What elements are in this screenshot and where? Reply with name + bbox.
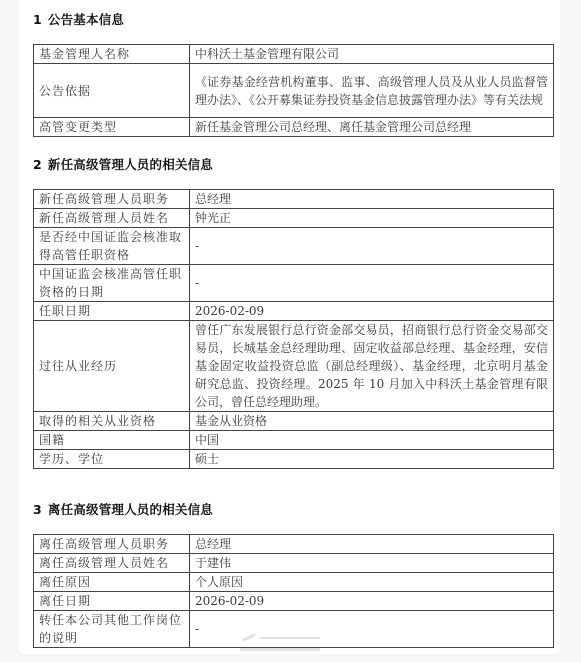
row-value: 个人原因	[190, 573, 554, 592]
row-value: -	[190, 265, 554, 302]
row-label: 离任高级管理人员职务	[34, 535, 190, 554]
watermark-stroke	[260, 637, 320, 639]
table-row: 国籍 中国	[34, 431, 554, 450]
table-row: 高管变更类型 新任基金管理公司总经理、离任基金管理公司总经理	[34, 118, 554, 137]
row-label: 基金管理人名称	[34, 45, 190, 64]
section-number: 3	[33, 502, 42, 517]
row-value: -	[190, 228, 554, 265]
table-row: 取得的相关从业资格 基金从业资格	[34, 412, 554, 431]
table-row: 任职日期 2026-02-09	[34, 302, 554, 321]
row-value: 总经理	[190, 535, 554, 554]
row-label: 取得的相关从业资格	[34, 412, 190, 431]
row-value: 基金从业资格	[190, 412, 554, 431]
table-row: 离任高级管理人员职务 总经理	[34, 535, 554, 554]
row-value: 中科沃土基金管理有限公司	[190, 45, 554, 64]
row-label: 转任本公司其他工作岗位的说明	[34, 611, 190, 648]
section-title: 新任高级管理人员的相关信息	[48, 157, 213, 172]
row-label: 公告依据	[34, 64, 190, 118]
table-row: 过往从业经历 曾任广东发展银行总行资金部交易员，招商银行总行资金交易部交易员，长…	[34, 321, 554, 412]
row-label: 离任原因	[34, 573, 190, 592]
row-value: 于建伟	[190, 554, 554, 573]
row-label: 离任日期	[34, 592, 190, 611]
watermark-stroke	[240, 648, 320, 651]
row-value: 总经理	[190, 190, 554, 209]
row-label: 国籍	[34, 431, 190, 450]
section-1-heading: 1公告基本信息	[33, 10, 124, 28]
table-row: 新任高级管理人员姓名 钟光正	[34, 209, 554, 228]
table-row: 是否经中国证监会核准取得高管任职资格 -	[34, 228, 554, 265]
row-label: 新任高级管理人员姓名	[34, 209, 190, 228]
table-row: 公告依据 《证券基金经营机构董事、监事、高级管理人员及从业人员监督管理办法》、《…	[34, 64, 554, 118]
row-value: 2026-02-09	[190, 592, 554, 611]
row-value: 硕士	[190, 450, 554, 469]
section-2-heading: 2新任高级管理人员的相关信息	[33, 155, 213, 173]
section-number: 2	[33, 157, 42, 172]
row-value: 中国	[190, 431, 554, 450]
section-title: 离任高级管理人员的相关信息	[48, 502, 213, 517]
new-executive-info-table: 新任高级管理人员职务 总经理 新任高级管理人员姓名 钟光正 是否经中国证监会核准…	[33, 189, 554, 469]
row-label: 高管变更类型	[34, 118, 190, 137]
table-row: 离任原因 个人原因	[34, 573, 554, 592]
row-label: 学历、学位	[34, 450, 190, 469]
departing-executive-info-table: 离任高级管理人员职务 总经理 离任高级管理人员姓名 于建伟 离任原因 个人原因 …	[33, 534, 554, 648]
table-row: 学历、学位 硕士	[34, 450, 554, 469]
row-label: 过往从业经历	[34, 321, 190, 412]
announcement-basic-info-table: 基金管理人名称 中科沃土基金管理有限公司 公告依据 《证券基金经营机构董事、监事…	[33, 44, 554, 137]
row-value: 新任基金管理公司总经理、离任基金管理公司总经理	[190, 118, 554, 137]
row-label: 任职日期	[34, 302, 190, 321]
row-value: 2026-02-09	[190, 302, 554, 321]
section-3-heading: 3离任高级管理人员的相关信息	[33, 500, 213, 518]
table-row: 离任日期 2026-02-09	[34, 592, 554, 611]
table-row: 中国证监会核准高管任职资格的日期 -	[34, 265, 554, 302]
row-label: 新任高级管理人员职务	[34, 190, 190, 209]
section-number: 1	[33, 12, 42, 27]
row-label: 离任高级管理人员姓名	[34, 554, 190, 573]
row-label: 中国证监会核准高管任职资格的日期	[34, 265, 190, 302]
section-title: 公告基本信息	[48, 12, 124, 27]
watermark-logo-icon	[242, 633, 256, 642]
row-label: 是否经中国证监会核准取得高管任职资格	[34, 228, 190, 265]
table-row: 新任高级管理人员职务 总经理	[34, 190, 554, 209]
watermark	[240, 632, 330, 654]
row-value: 曾任广东发展银行总行资金部交易员，招商银行总行资金交易部交易员，长城基金总经理助…	[190, 321, 554, 412]
table-row: 离任高级管理人员姓名 于建伟	[34, 554, 554, 573]
row-value: 《证券基金经营机构董事、监事、高级管理人员及从业人员监督管理办法》、《公开募集证…	[190, 64, 554, 118]
table-row: 基金管理人名称 中科沃土基金管理有限公司	[34, 45, 554, 64]
row-value: 钟光正	[190, 209, 554, 228]
